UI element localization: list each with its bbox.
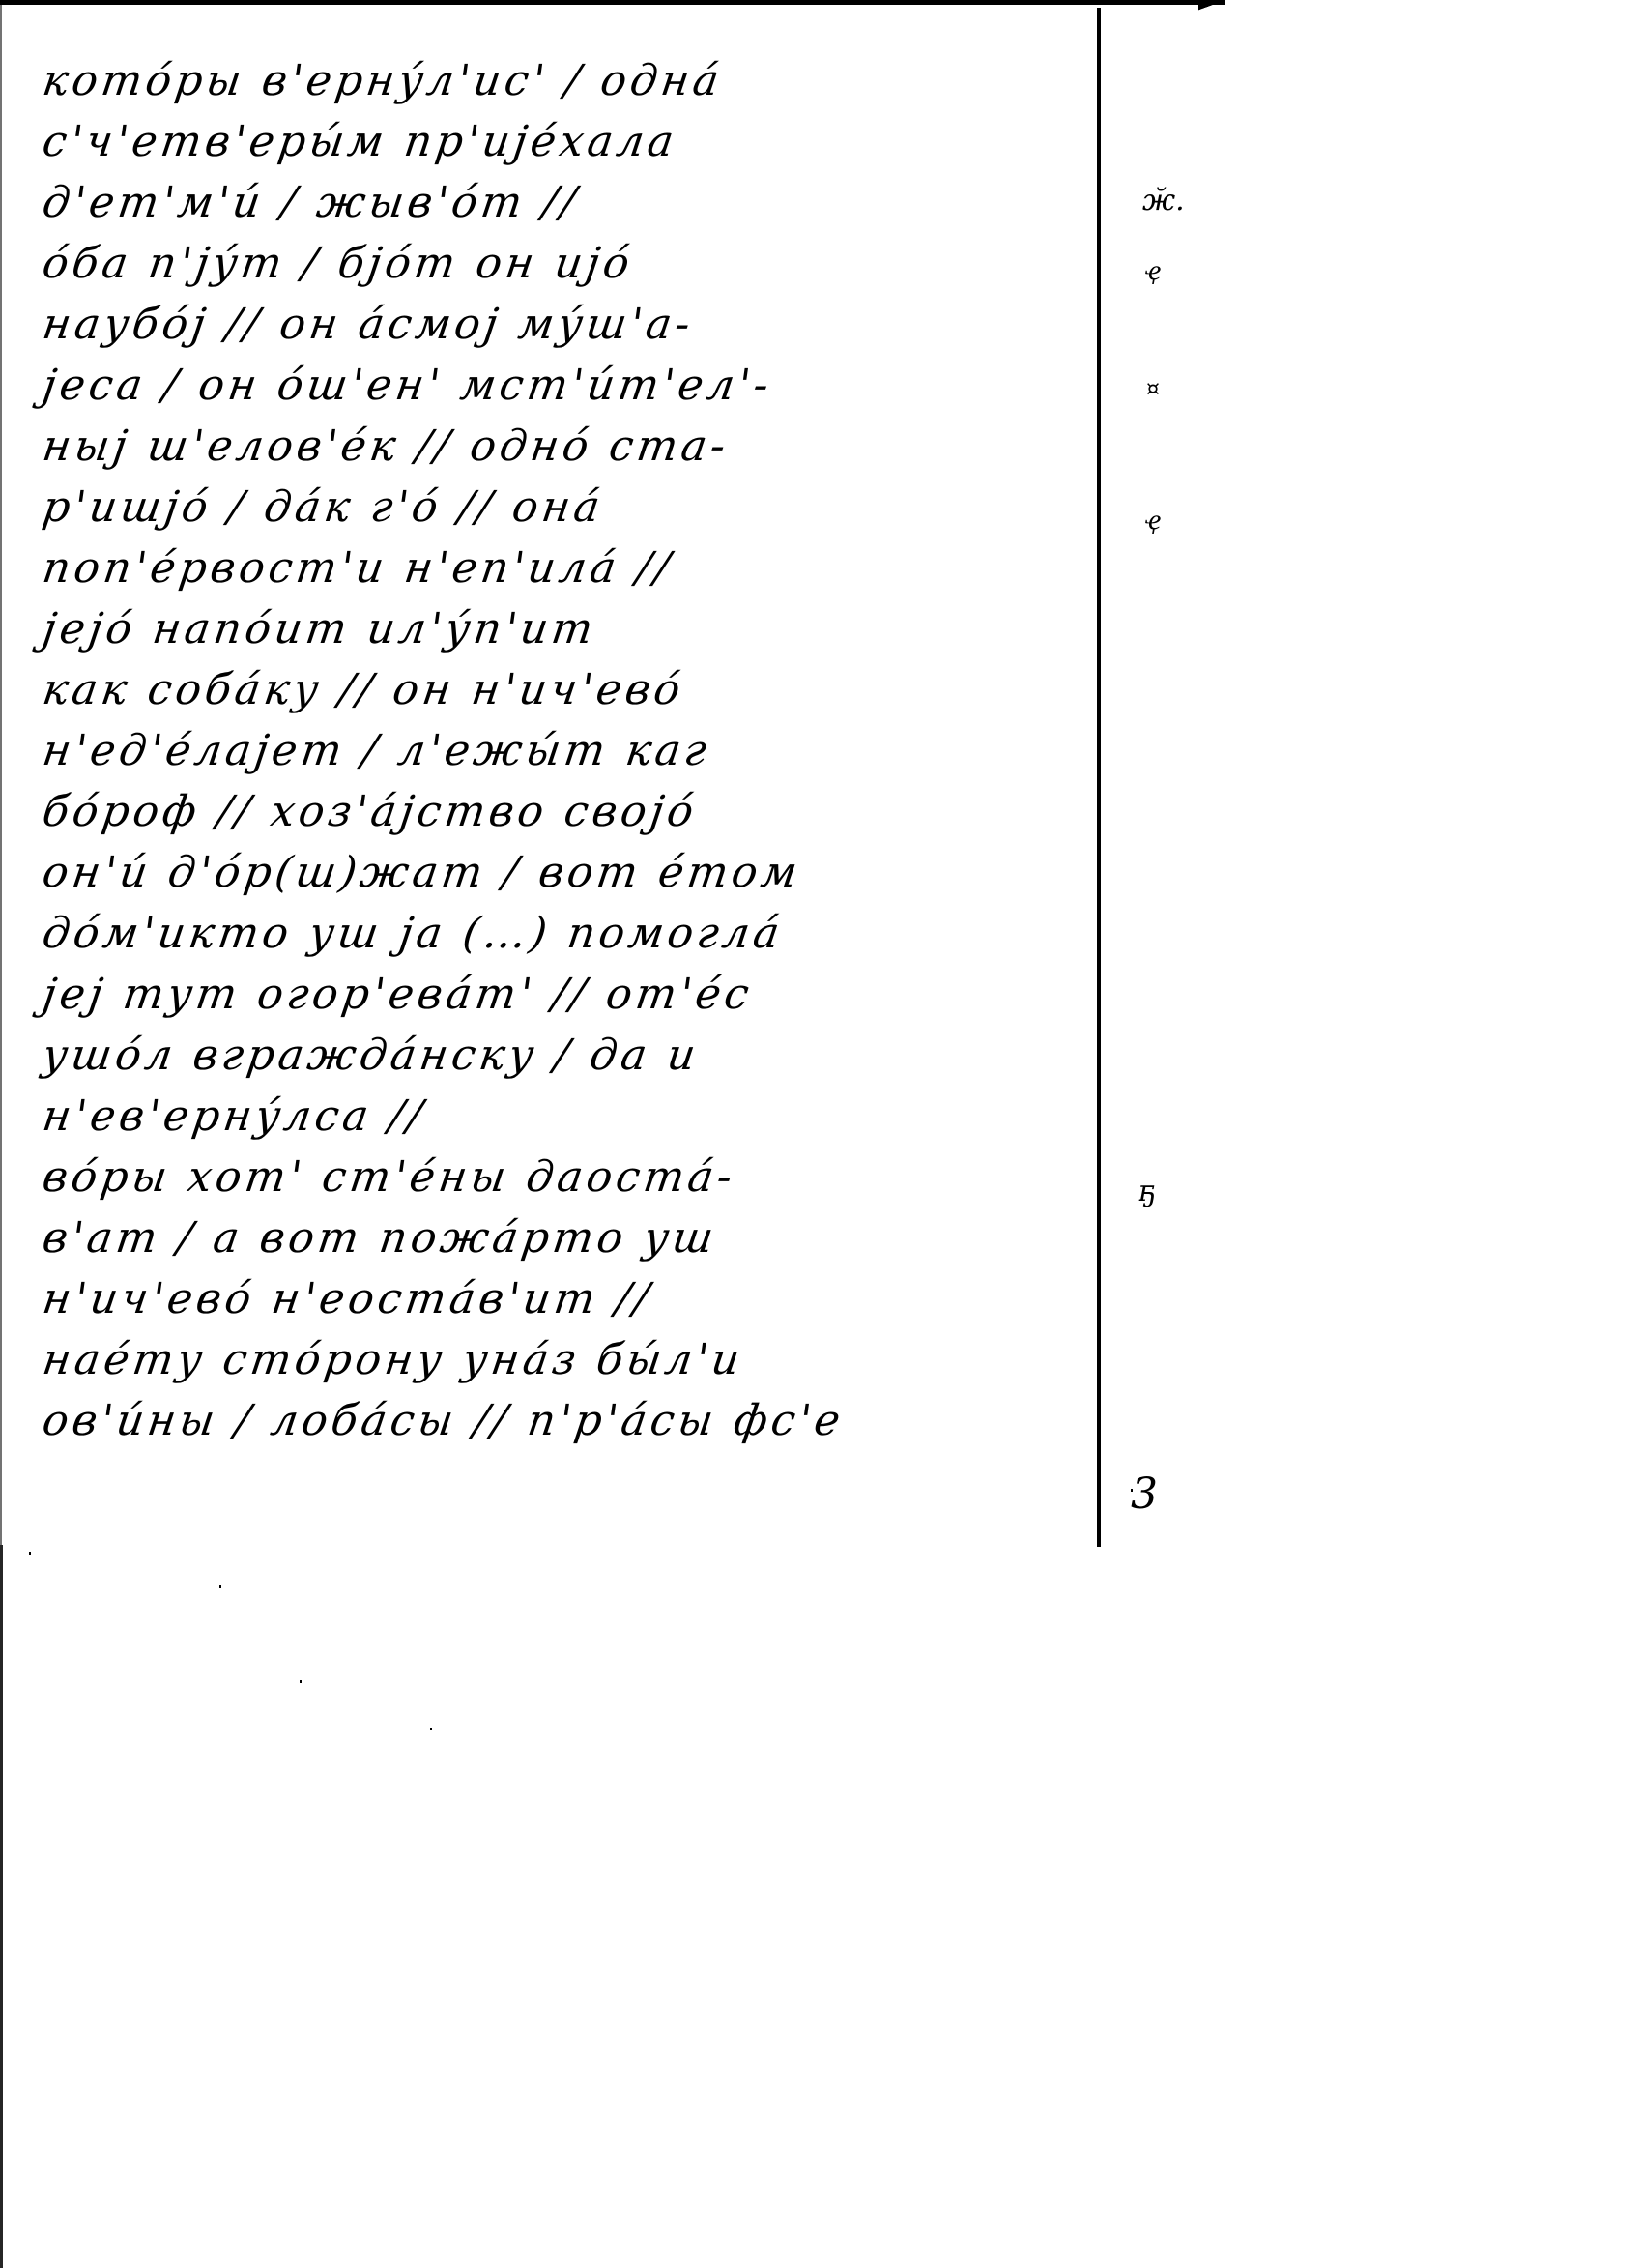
text-line: јеј тут огор'ева́т' // от'е́с <box>39 964 1101 1025</box>
text-line: во́ры хот' ст'е́ны даоста́- <box>39 1147 1101 1207</box>
scanned-page: кото́ры в'ерну́л'ис' / одна́ с'ч'етв'еры… <box>0 0 1643 2268</box>
scan-speck <box>430 1728 432 1730</box>
text-line: наéту сто́рону унáз бы́л'и <box>39 1329 1101 1390</box>
text-line: ов'и́ны / лобáсы // п'р'áсы фс'е <box>39 1390 1101 1451</box>
text-line: до́м'икто уш ја (…) помогла́ <box>39 903 1101 964</box>
text-line: с'ч'етв'еры́м пр'ије́хала <box>39 111 1101 172</box>
text-line: јеса / он о́ш'ен' мст'и́т'ел'- <box>39 355 1101 416</box>
margin-annotation-mark: ¤ <box>1146 377 1160 401</box>
text-line: он'и́ д'о́р(ш)жат / вот е́том <box>39 842 1101 903</box>
scan-left-edge <box>0 0 2 1545</box>
scan-top-corner <box>1198 0 1227 12</box>
text-line: наубо́ј // он а́смој му́ш'а- <box>39 294 1101 355</box>
margin-annotation-mark: ҿ <box>1145 503 1161 537</box>
page-number: 3 <box>1131 1469 1158 1519</box>
margin-annotation-mark: ҿ <box>1145 253 1161 287</box>
text-line: н'ич'евó н'еостáв'ит // <box>39 1268 1101 1329</box>
scan-speck <box>29 1552 31 1555</box>
text-line: поп'е́рвост'и н'еп'ила́ // <box>39 538 1101 598</box>
text-line: јејо́ напо́ит ил'у́п'ит <box>39 598 1101 659</box>
scan-left-edge-lower <box>0 1545 3 2268</box>
margin-annotation-mark: ҕ <box>1139 1175 1156 1208</box>
scan-top-edge <box>0 0 1225 5</box>
text-line: о́ба п'ју́т / бјо́т он ијо́ <box>39 233 1101 294</box>
text-line: в'ат / а вот пожáрто уш <box>39 1207 1101 1268</box>
text-line: ушо́л вграждáнску / да и <box>39 1025 1101 1086</box>
text-line: бо́роф // хоз'а́јство својо́ <box>39 781 1101 842</box>
margin-annotation-mark: ӂ. <box>1142 184 1185 218</box>
scan-speck <box>300 1680 302 1683</box>
handwritten-text-block: кото́ры в'ерну́л'ис' / одна́ с'ч'етв'еры… <box>39 50 1092 1451</box>
text-line: кото́ры в'ерну́л'ис' / одна́ <box>39 50 1101 111</box>
text-line: как собáку // он н'ич'евó <box>39 659 1101 720</box>
scan-speck <box>1131 1489 1133 1492</box>
text-line: р'ишјо́ / да́к г'о́ // она́ <box>39 477 1101 538</box>
text-line: ныј ш'елов'е́к // одно́ ста- <box>39 416 1101 477</box>
text-line: н'ед'е́лајет / л'ежы́т каг <box>39 720 1101 781</box>
scan-speck <box>219 1585 221 1588</box>
text-line: д'ет'м'и́ / жыв'о́т // <box>39 172 1101 233</box>
text-line: н'ев'ерну́лса // <box>39 1086 1101 1147</box>
